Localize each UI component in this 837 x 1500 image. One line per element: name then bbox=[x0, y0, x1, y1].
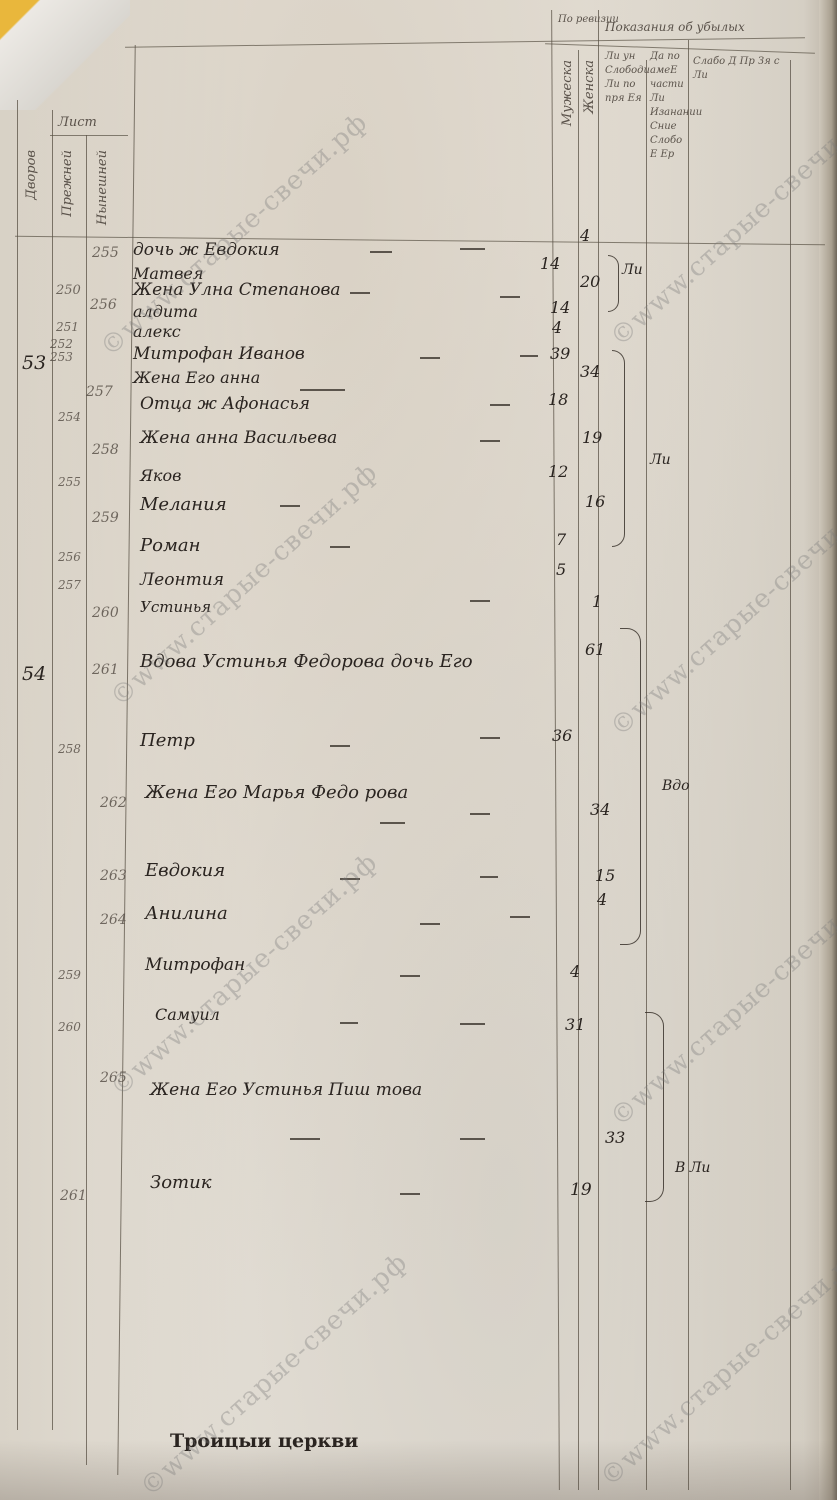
row-name: Роман bbox=[140, 535, 200, 556]
row-prev-number: 261 bbox=[60, 1188, 87, 1204]
row-name: Леонтия bbox=[140, 570, 224, 590]
row-cur-number: 257 bbox=[86, 384, 113, 400]
row-name: Вдова Устинья Федорова дочь Его bbox=[140, 642, 540, 682]
brace-note: Вдо bbox=[662, 778, 690, 794]
row-name: Евдокия bbox=[145, 860, 225, 881]
brace-note: Ли bbox=[650, 452, 671, 468]
row-male: 31 bbox=[565, 1015, 585, 1034]
row-cur-number: 262 bbox=[100, 795, 127, 811]
row-male: 18 bbox=[548, 390, 568, 409]
row-prev-number: 259 bbox=[58, 968, 81, 982]
row-female: 20 bbox=[580, 272, 600, 291]
row-female: 34 bbox=[580, 362, 600, 381]
row-male: 12 bbox=[548, 462, 568, 481]
row-female: 4 bbox=[597, 890, 607, 909]
header-male: Мужеска bbox=[560, 60, 575, 126]
row-male: 36 bbox=[552, 726, 572, 745]
row-prev-number: 257 bbox=[58, 578, 81, 592]
row-male: 4 bbox=[570, 962, 580, 981]
row-cur-number: 259 bbox=[92, 510, 119, 526]
row-cur-number: 260 bbox=[92, 605, 119, 621]
row-name: Отца ж Афонасья bbox=[140, 394, 310, 414]
row-cur-number: 263 bbox=[100, 868, 127, 884]
row-name: Жена Его Устинья Пиш това bbox=[150, 1065, 570, 1115]
row-prev-number: 252 253 bbox=[50, 338, 84, 364]
row-prev-number: 255 bbox=[58, 475, 81, 489]
row-cur-number: 261 bbox=[92, 662, 119, 678]
row-male: 19 bbox=[570, 1180, 592, 1200]
row-male: 14 bbox=[550, 298, 570, 317]
row-prev-number: 250 bbox=[56, 283, 81, 298]
top-rule bbox=[125, 37, 805, 47]
row-prev-number: 260 bbox=[58, 1020, 81, 1034]
row-name: Жена Его анна bbox=[133, 368, 260, 387]
watermark: ©www.старые-свечи.рф bbox=[605, 487, 837, 742]
col-line bbox=[551, 10, 560, 1490]
row-male: 39 bbox=[550, 344, 570, 363]
register-page: Дворов Лист Прежней Нынешней По ревизии … bbox=[0, 0, 837, 1500]
row-female: 19 bbox=[582, 428, 602, 447]
brace-group bbox=[608, 255, 619, 312]
brace-group bbox=[612, 350, 625, 547]
row-cur-number: 255 bbox=[92, 245, 119, 261]
header-lists: Лист bbox=[58, 115, 97, 130]
row-name: Петр bbox=[140, 730, 195, 751]
header-households: Дворов bbox=[24, 150, 39, 200]
row-name: Анилина bbox=[145, 903, 228, 924]
row-female: 34 bbox=[590, 800, 610, 819]
row-male: 7 bbox=[556, 530, 566, 549]
col-line bbox=[86, 135, 87, 1465]
header-prev: Прежней bbox=[60, 150, 75, 217]
row-female: 16 bbox=[585, 492, 605, 511]
header-note-2: Да по амеЕ части Ли Изанании Сние Слобо … bbox=[650, 50, 690, 162]
brace-note: Ли bbox=[622, 262, 643, 278]
col-line bbox=[598, 10, 599, 1490]
row-female: 61 bbox=[585, 640, 605, 659]
brace-group bbox=[620, 628, 641, 945]
row-female: 4 bbox=[580, 226, 590, 245]
row-household-number: 54 bbox=[22, 663, 46, 685]
header-current: Нынешней bbox=[95, 150, 110, 225]
row-female: 1 bbox=[592, 592, 602, 611]
row-female: 15 bbox=[595, 866, 615, 885]
row-cur-number: 264 bbox=[100, 912, 127, 928]
header-note-1: Ли ун Слободи Ли по пря Ея bbox=[605, 50, 645, 106]
folded-corner bbox=[0, 0, 130, 110]
row-name: Зотик bbox=[150, 1172, 211, 1193]
row-male: 5 bbox=[556, 560, 566, 579]
row-male: 4 bbox=[552, 318, 562, 337]
page-shadow bbox=[0, 1440, 837, 1500]
col-line bbox=[17, 100, 18, 1430]
row-cur-number: 256 bbox=[90, 297, 117, 313]
row-name: Митрофан Иванов bbox=[133, 344, 305, 364]
col-line bbox=[790, 60, 791, 1490]
row-name: Яков bbox=[140, 466, 181, 485]
row-male: 14 bbox=[540, 254, 560, 273]
header-female: Женска bbox=[582, 60, 597, 114]
watermark: ©www.старые-свечи.рф bbox=[605, 97, 837, 352]
col-line bbox=[578, 50, 579, 1490]
row-household-number: 53 bbox=[22, 352, 46, 374]
row-prev-number: 258 bbox=[58, 742, 81, 756]
header-note-3: Слабо Д Пр Зя с Ли bbox=[693, 55, 788, 83]
header-notes-group: Показания об убылых bbox=[605, 20, 745, 34]
brace-note: В Ли bbox=[675, 1160, 710, 1176]
row-name: Жена анна Васильева bbox=[140, 428, 337, 448]
row-prev-number: 254 bbox=[58, 410, 81, 424]
subheader-rule-left bbox=[50, 135, 128, 136]
row-name: Жена Его Марья Федо рова bbox=[145, 768, 545, 818]
row-name: Мелания bbox=[140, 494, 227, 515]
row-prev-number: 251 bbox=[56, 320, 79, 334]
row-cur-number: 258 bbox=[92, 442, 119, 458]
col-line bbox=[646, 60, 647, 1490]
watermark: ©www.старые-свечи.рф bbox=[95, 107, 374, 362]
col-line bbox=[52, 110, 53, 1430]
row-prev-number: 256 bbox=[58, 550, 81, 564]
